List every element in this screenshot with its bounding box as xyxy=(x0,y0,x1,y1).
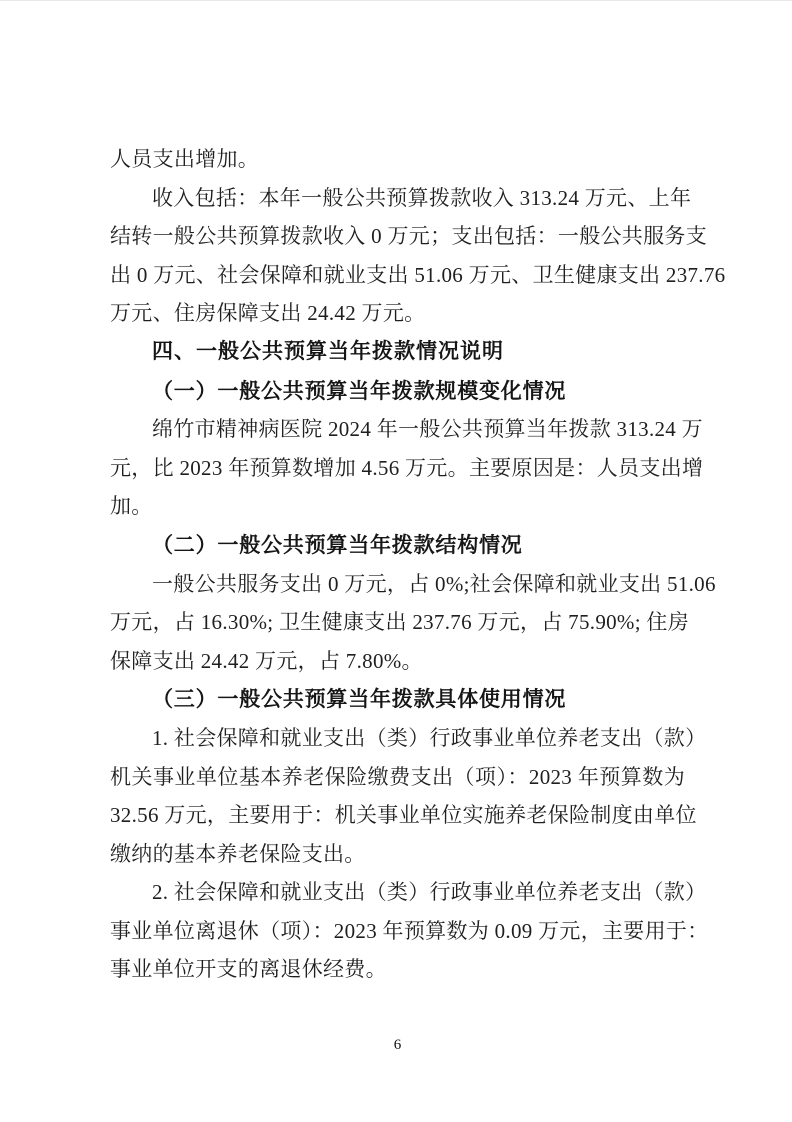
paragraph-line: 一般公共服务支出 0 万元，占 0%;社会保障和就业支出 51.06 xyxy=(110,565,685,604)
paragraph-line: 2. 社会保障和就业支出（类）行政事业单位养老支出（款） xyxy=(110,873,685,912)
subsection-heading: （三）一般公共预算当年拨款具体使用情况 xyxy=(110,680,685,719)
page-number: 6 xyxy=(110,1037,685,1054)
paragraph-line: 事业单位开支的离退休经费。 xyxy=(110,950,685,989)
paragraph-line: 结转一般公共预算拨款收入 0 万元；支出包括：一般公共服务支 xyxy=(110,217,685,256)
paragraph-line: 缴纳的基本养老保险支出。 xyxy=(110,835,685,874)
paragraph-line: 1. 社会保障和就业支出（类）行政事业单位养老支出（款） xyxy=(110,719,685,758)
paragraph-line: 事业单位离退休（项）：2023 年预算数为 0.09 万元，主要用于： xyxy=(110,912,685,951)
paragraph-line: 机关事业单位基本养老保险缴费支出（项）：2023 年预算数为 xyxy=(110,758,685,797)
subsection-heading: （二）一般公共预算当年拨款结构情况 xyxy=(110,526,685,565)
paragraph-line: 万元，占 16.30%; 卫生健康支出 237.76 万元，占 75.90%; … xyxy=(110,603,685,642)
paragraph-line: 加。 xyxy=(110,487,685,526)
paragraph-line: 收入包括：本年一般公共预算拨款收入 313.24 万元、上年 xyxy=(110,179,685,218)
paragraph-line: 32.56 万元，主要用于：机关事业单位实施养老保险制度由单位 xyxy=(110,796,685,835)
paragraph-line: 人员支出增加。 xyxy=(110,140,685,179)
paragraph-line: 万元、住房保障支出 24.42 万元。 xyxy=(110,294,685,333)
paragraph-line: 元，比 2023 年预算数增加 4.56 万元。主要原因是：人员支出增 xyxy=(110,449,685,488)
paragraph-line: 保障支出 24.42 万元，占 7.80%。 xyxy=(110,642,685,681)
paragraph-line: 出 0 万元、社会保障和就业支出 51.06 万元、卫生健康支出 237.76 xyxy=(110,256,685,295)
document-body: 人员支出增加。 收入包括：本年一般公共预算拨款收入 313.24 万元、上年 结… xyxy=(110,140,685,989)
section-heading: 四、一般公共预算当年拨款情况说明 xyxy=(110,333,685,372)
document-page: 人员支出增加。 收入包括：本年一般公共预算拨款收入 313.24 万元、上年 结… xyxy=(0,0,792,1122)
subsection-heading: （一）一般公共预算当年拨款规模变化情况 xyxy=(110,372,685,411)
paragraph-line: 绵竹市精神病医院 2024 年一般公共预算当年拨款 313.24 万 xyxy=(110,410,685,449)
